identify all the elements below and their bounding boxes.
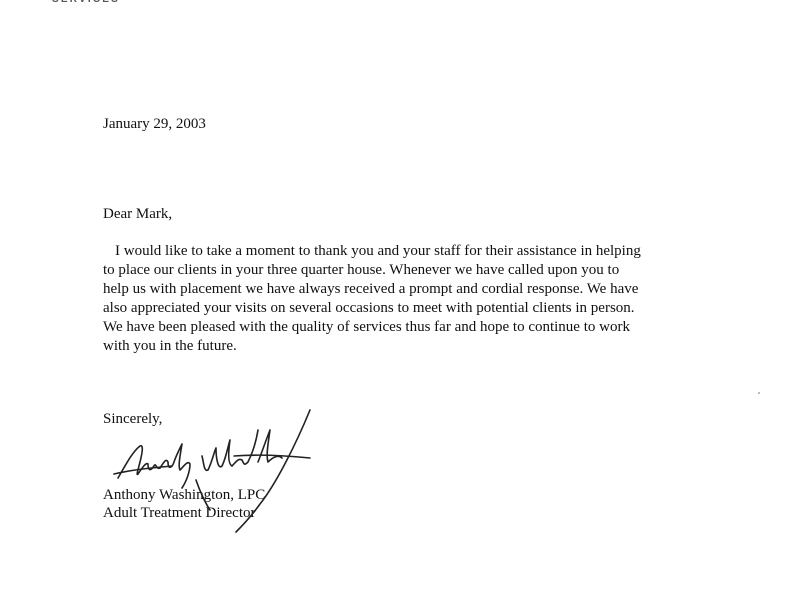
body-line: help us with placement we have always re… (103, 280, 723, 299)
salutation: Dear Mark, (103, 206, 172, 223)
handwritten-signature (110, 400, 330, 535)
body-line: with you in the future. (103, 337, 723, 356)
body-line: also appreciated your visits on several … (103, 299, 723, 318)
body-line: We have been pleased with the quality of… (103, 318, 723, 337)
letter-body: I would like to take a moment to thank y… (103, 242, 723, 356)
body-line: to place our clients in your three quart… (103, 261, 723, 280)
letterhead-services: SERVICES (52, 0, 120, 5)
scan-speck (758, 392, 760, 394)
letter-date: January 29, 2003 (103, 116, 206, 133)
body-line: I would like to take a moment to thank y… (103, 242, 723, 261)
